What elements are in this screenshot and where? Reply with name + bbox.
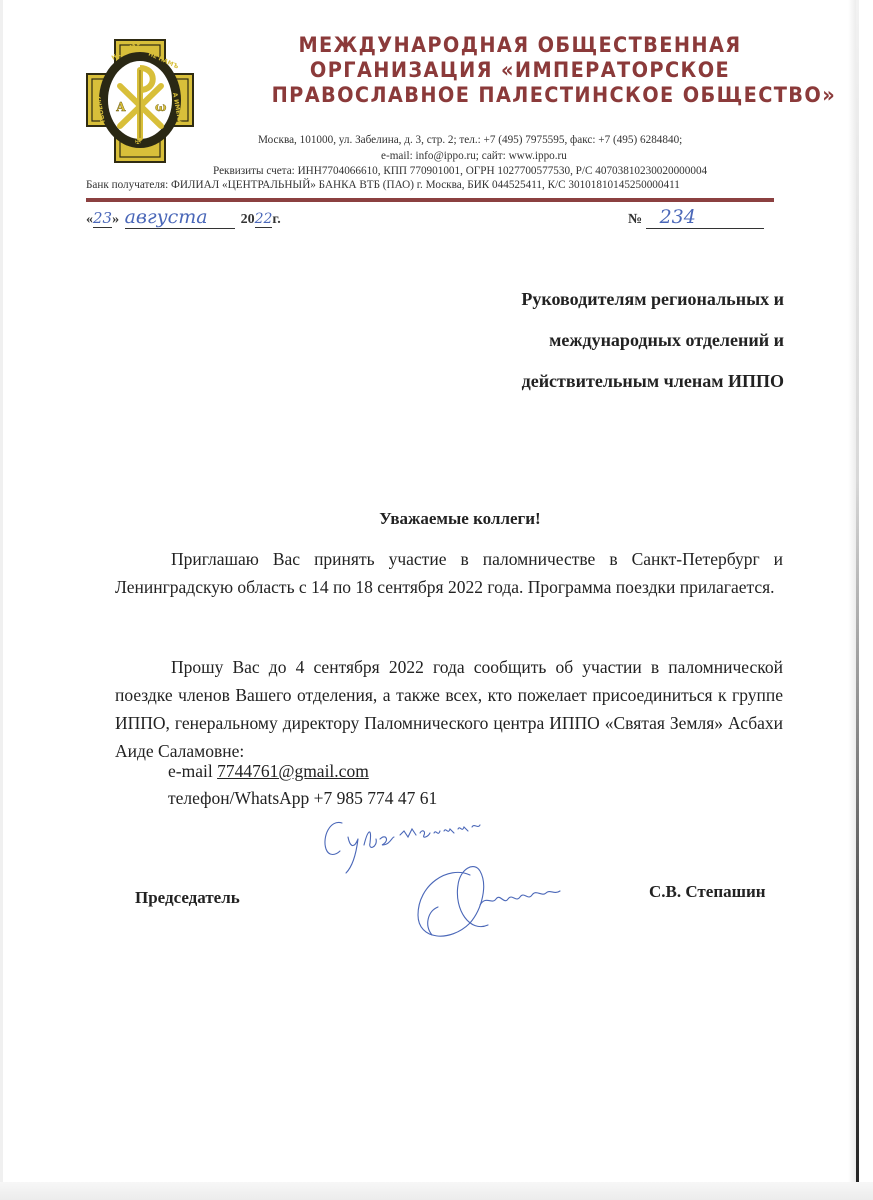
phone-value: +7 985 774 47 61 <box>314 788 438 808</box>
phone-contact: телефон/WhatsApp +7 985 774 47 61 <box>168 788 437 809</box>
addressee-line-2: международных отделений и <box>521 320 784 361</box>
organization-name: МЕЖДУНАРОДНАЯ ОБЩЕСТВЕННАЯ ОРГАНИЗАЦИЯ «… <box>272 33 769 108</box>
scan-shadow <box>848 0 856 1200</box>
email-link[interactable]: 7744761@gmail.com <box>217 761 369 781</box>
email-label: e-mail <box>168 761 213 781</box>
handwritten-signature <box>320 815 630 945</box>
number-label: № <box>628 212 642 227</box>
greeting: Уважаемые коллеги! <box>0 509 873 529</box>
signatory-name: С.В. Степашин <box>649 882 766 902</box>
scan-bottom-edge <box>0 1182 873 1200</box>
svg-text:ω: ω <box>155 100 166 114</box>
date-year-prefix: 20 <box>241 212 255 227</box>
phone-label: телефон/WhatsApp <box>168 788 309 808</box>
org-name-line-1: МЕЖДУНАРОДНАЯ ОБЩЕСТВЕННАЯ <box>272 33 769 58</box>
date-month: августа <box>125 206 235 229</box>
scan-left-edge <box>0 0 3 1200</box>
date-day: 23 <box>93 209 112 228</box>
date-quote-close: » <box>112 212 119 227</box>
invitation-paragraph: Приглашаю Вас принять участие в паломнич… <box>115 545 783 601</box>
number-value: 234 <box>646 206 764 229</box>
scan-page-edge <box>856 0 859 1200</box>
date-year-suffix: 22 <box>255 211 273 228</box>
email-contact: e-mail 7744761@gmail.com <box>168 761 369 782</box>
date-quote-open: « <box>86 212 93 227</box>
email-site-line: e-mail: info@ippo.ru; сайт: www.ippo.ru <box>381 150 567 162</box>
bank-line: Банк получателя: ФИЛИАЛ «ЦЕНТРАЛЬНЫЙ» БА… <box>86 179 680 191</box>
letterhead-divider <box>86 198 774 202</box>
addressee-line-3: действительным членам ИППО <box>521 361 784 402</box>
chi-rho-cross-emblem-icon: НЕ НАМЪ НЕ НАМЪ А ИМЕНИ ТВОЕМУ ✠ А ω <box>85 38 195 164</box>
org-name-line-2: ОРГАНИЗАЦИЯ «ИМПЕРАТОРСКОЕ <box>272 58 769 83</box>
addressee-line-1: Руководителям региональных и <box>521 279 784 320</box>
date-year-end: г. <box>272 212 280 227</box>
svg-text:А: А <box>116 100 126 114</box>
addressee-block: Руководителям региональных и международн… <box>521 279 784 402</box>
request-paragraph: Прошу Вас до 4 сентября 2022 года сообщи… <box>115 653 783 765</box>
org-name-line-3: ПРАВОСЛАВНОЕ ПАЛЕСТИНСКОЕ ОБЩЕСТВО» <box>272 83 769 108</box>
address-line: Москва, 101000, ул. Забелина, д. 3, стр.… <box>258 134 682 146</box>
requisites-line: Реквизиты счета: ИНН7704066610, КПП 7709… <box>213 165 707 177</box>
document-number: № 234 <box>628 206 764 229</box>
signatory-position: Председатель <box>135 888 240 908</box>
document-date: «23» августа2022г. <box>86 206 281 229</box>
